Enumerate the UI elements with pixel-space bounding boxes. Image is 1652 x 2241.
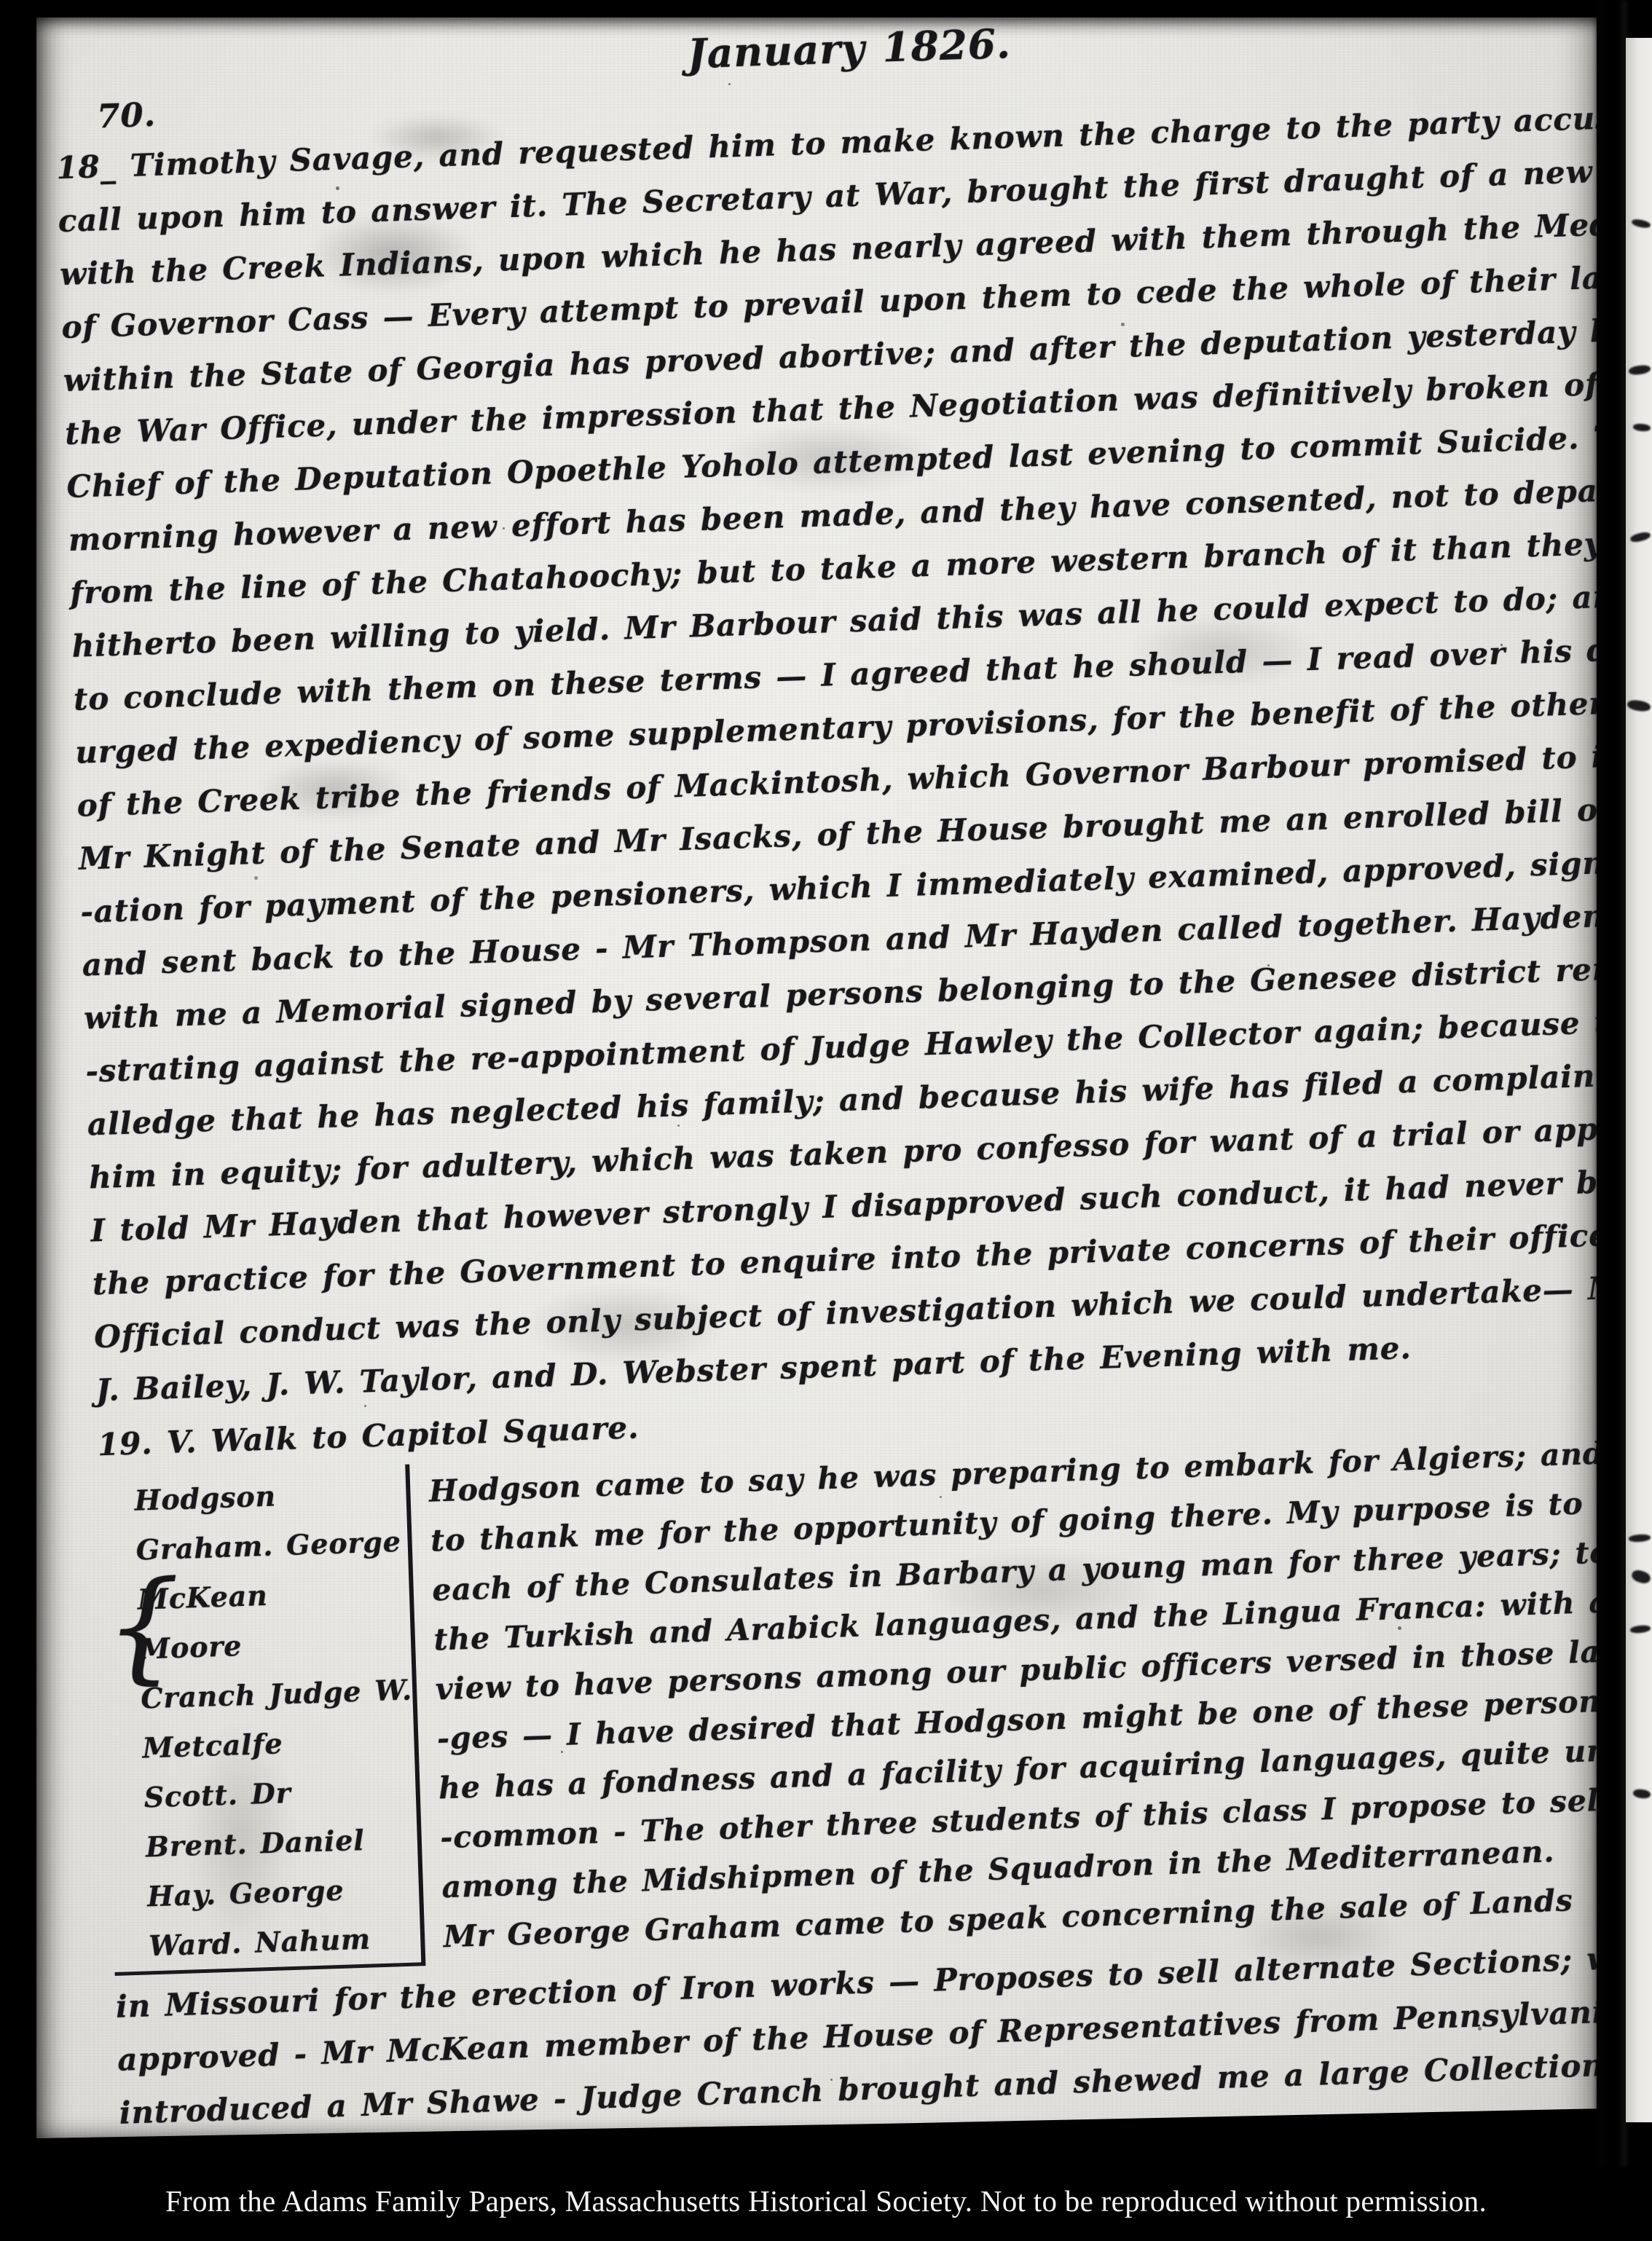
visitor-name: Scott. Dr (143, 1765, 417, 1823)
visitor-name: Hodgson (134, 1468, 407, 1526)
visitor-name: Ward. Nahum (148, 1913, 421, 1971)
ink-fragment (1629, 531, 1651, 543)
visitor-name-list: { Hodgson Graham. George McKean Moore Cr… (98, 1465, 421, 1976)
scan-background: January 1826. 70. 18_ Timothy Savage, an… (0, 0, 1652, 2241)
visitor-name: Metcalfe (141, 1715, 414, 1773)
handwritten-content: January 1826. 70. 18_ Timothy Savage, an… (52, 0, 1624, 2140)
facing-page-sliver (1626, 38, 1652, 2122)
archive-caption: From the Adams Family Papers, Massachuse… (0, 2183, 1652, 2218)
ink-fragment (1629, 1534, 1651, 1543)
ink-fragment (1628, 364, 1651, 376)
ink-fragment (1630, 1625, 1651, 1634)
visitor-name: Hay. George (146, 1863, 420, 1921)
ink-fragment (1632, 1789, 1651, 1800)
margin-brace: { (103, 1565, 184, 1687)
entry-19-text: Hodgson came to say he was preparing to … (405, 1421, 1652, 1966)
ink-fragment (1627, 699, 1651, 713)
visitor-name: Brent. Daniel (145, 1813, 418, 1872)
book-gutter (1594, 0, 1627, 2167)
ink-fragment (1633, 423, 1651, 432)
ink-fragment (1630, 1568, 1652, 1585)
entry-18: 18_ Timothy Savage, and requested him to… (55, 93, 1600, 1417)
manuscript-page: January 1826. 70. 18_ Timothy Savage, an… (36, 17, 1597, 2138)
entry-19-columns: { Hodgson Graham. George McKean Moore Cr… (98, 1426, 1618, 1976)
ink-fragment (1631, 218, 1651, 229)
